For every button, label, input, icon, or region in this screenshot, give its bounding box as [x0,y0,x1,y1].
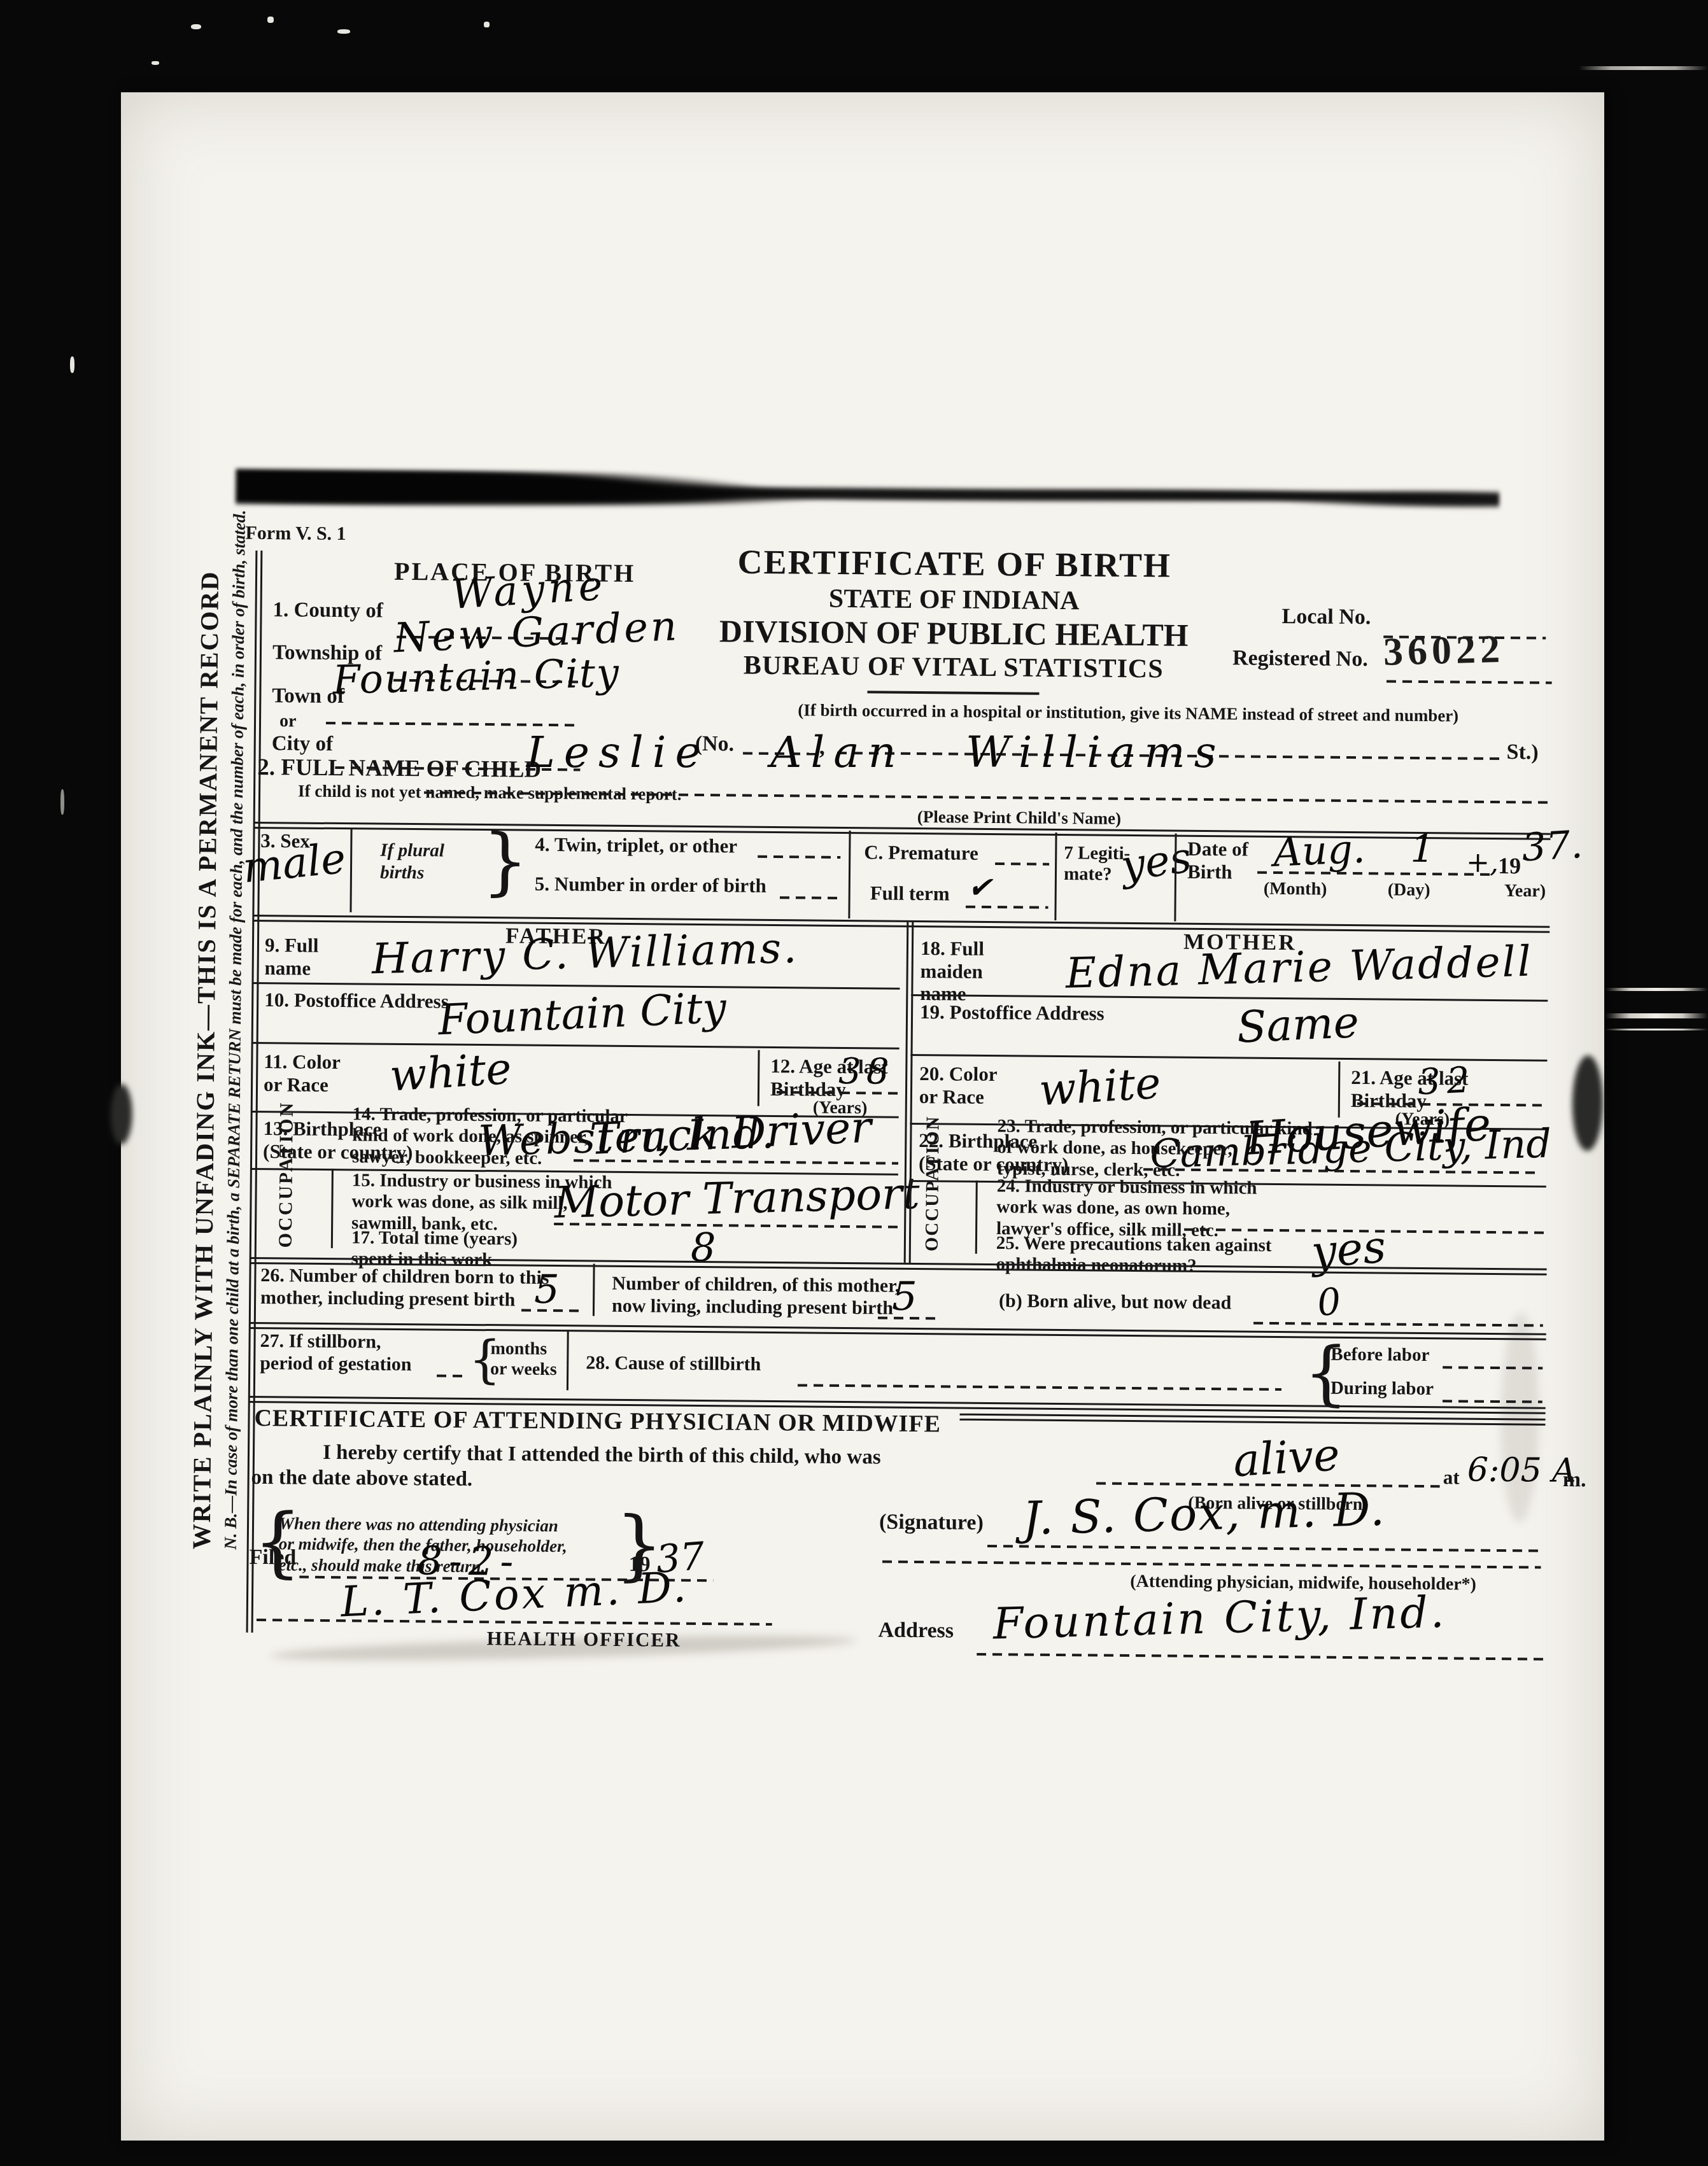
cause-line [798,1384,1281,1391]
attending-line [882,1561,1541,1569]
cause-of-stillbirth-label: 28. Cause of stillbirth [586,1353,761,1376]
mother-occupation-strip: OCCUPATION [922,1176,943,1251]
child-name-label: 2. FULL NAME OF CHILD [257,754,541,784]
film-dust-speck [484,22,490,27]
film-dust-speck [267,17,274,23]
legitimate-value: yes [1119,833,1194,890]
health-officer-line [257,1619,772,1626]
at-label: at [1443,1466,1460,1489]
signature-value: J. S. Cox, m. D. [1022,1482,1387,1545]
address-value: Fountain City, Ind. [992,1587,1447,1650]
certificate-title: CERTIFICATE OF BIRTH [719,542,1190,586]
field-line [253,1042,900,1050]
certify-text2: on the date above stated. [251,1466,473,1492]
cell-divider [593,1264,595,1316]
mother-occupation-vertical-label: OCCUPATION [922,1176,943,1251]
children-living-line [878,1317,942,1320]
film-dust-speck [191,24,201,29]
county-label: 1. County of [272,598,383,623]
fullterm-line [966,906,1048,909]
birth-order-line [780,896,840,899]
father-name-label: 9. Full name [265,934,319,980]
birth-time-value: 6:05 A [1467,1451,1576,1490]
father-trade-value: Truck Driver [589,1102,873,1165]
form-number: Form V. S. 1 [245,523,346,545]
film-dust-speck [152,61,159,65]
premature-label: C. Premature [864,841,978,864]
cell-divider [1054,833,1057,920]
cell-divider [758,1050,760,1106]
children-born-value: 5 [534,1266,560,1312]
physician-section-title: CERTIFICATE OF ATTENDING PHYSICIAN OR MI… [254,1405,941,1438]
film-scratch [1604,1029,1708,1030]
birth-order-label: 5. Number in order of birth [535,873,766,897]
father-name-value: Harry C. Williams. [371,924,799,984]
heading-rule [960,1414,1546,1426]
health-officer-label: HEALTH OFFICER [486,1627,681,1651]
torn-page-edge [236,469,1499,516]
before-labor-label: Before labor [1330,1344,1429,1367]
ink-smudge [1572,1055,1603,1151]
cell-divider [848,831,850,918]
city-label: City of [272,732,334,757]
alive-value: alive [1232,1428,1341,1487]
father-color-label: 11. Color or Race [264,1050,341,1096]
filed-label: Filed [249,1545,296,1570]
children-dead-label: (b) Born alive, but now dead [999,1290,1231,1314]
field-line [911,994,1548,1002]
sidebar-note-text: N. B.—In case of more than one child at … [220,500,250,1550]
mother-address-value: Same [1236,997,1360,1053]
town-line [326,722,581,726]
address-label: Address [878,1618,954,1643]
state-title: STATE OF INDIANA [719,582,1190,617]
sex-value: male [241,834,348,892]
fullterm-label: Full term [870,882,950,905]
cell-divider [567,1330,569,1390]
dob-year-value: 37. [1520,822,1584,871]
address-line [977,1653,1543,1661]
mother-age-value: 32 [1417,1059,1477,1103]
month-caption: (Month) [1264,879,1327,900]
film-dust-speck [70,356,74,373]
film-scratch [1604,1013,1708,1018]
field-line [253,982,900,990]
street-label: St.) [1507,740,1539,765]
child-name-value: Leslie Alan Williams [526,728,1225,778]
twin-label: 4. Twin, triplet, or other [535,833,737,857]
day-caption: (Day) [1388,880,1430,901]
cell-divider [349,828,352,912]
scanned-form: WRITE PLAINLY WITH UNFADING INK—THIS IS … [107,91,1608,2152]
town-value: Fountain City [332,649,621,703]
father-address-label: 10. Postoffice Address [264,988,449,1013]
premature-line [995,862,1049,866]
mother-color-label: 20. Color or Race [919,1062,998,1108]
signature-line [987,1545,1541,1552]
mother-address-label: 19. Postoffice Address [920,1001,1105,1025]
ink-smudge [110,1084,132,1144]
sidebar-instructions: WRITE PLAINLY WITH UNFADING INK—THIS IS … [187,499,250,1550]
father-industry-value: Motor Transport [554,1169,921,1228]
certificate-paper: WRITE PLAINLY WITH UNFADING INK—THIS IS … [121,92,1604,2141]
dob-line [1257,871,1493,876]
scanned-birth-certificate: { "form_meta": { "form_no": "Form V. S. … [0,0,1708,2166]
father-address-value: Fountain City [437,983,728,1045]
children-living-label: Number of children, of this mother, now … [612,1273,900,1319]
before-labor-line [1443,1366,1542,1369]
plural-brace: } [482,825,529,899]
year-caption: Year) [1504,881,1546,902]
certify-text: I hereby certify that I attended the bir… [323,1441,881,1470]
sidebar-warning-text: WRITE PLAINLY WITH UNFADING INK—THIS IS … [187,499,225,1549]
film-dust-speck [60,789,64,815]
children-born-line [521,1309,582,1312]
or-label: or [279,711,297,731]
supplemental-note: If child is not yet named, make suppleme… [298,782,682,805]
dob-month-value: Aug. [1273,825,1366,875]
film-scratch [1579,66,1708,70]
dob-label: Date of Birth [1187,838,1248,883]
film-scratch [1604,988,1708,991]
stillborn-label: 27. If stillborn, period of gestation [260,1330,412,1375]
cell-divider [1174,834,1176,922]
print-name-note: (Please Print Child's Name) [917,807,1121,829]
fullterm-check: ✔ [968,870,992,904]
title-rule [867,691,1039,694]
father-color-value: white [388,1044,513,1102]
hospital-note: (If birth occurred in a hospital or inst… [689,700,1567,727]
children-dead-line [1253,1322,1543,1327]
stillborn-line [437,1374,467,1377]
children-living-value: 5 [892,1273,917,1319]
bureau-title: BUREAU OF VITAL STATISTICS [718,650,1189,685]
registered-no-value: 36022 [1383,627,1505,675]
mother-name-value: Edna Marie Waddell [1065,937,1534,998]
father-occupation-vertical-label: OCCUPATION [275,1168,298,1248]
father-occupation-strip: OCCUPATION [275,1168,298,1248]
mother-industry-label: 24. Industry or business in which work w… [996,1176,1257,1242]
children-dead-value: 0 [1315,1279,1343,1325]
local-no-label: Local No. [1281,604,1371,629]
dob-19: 19 [1498,853,1521,880]
during-labor-line [1443,1400,1542,1403]
occupation-border [975,1181,978,1254]
occupation-border [331,1169,334,1248]
division-title: DIVISION OF PUBLIC HEALTH [693,613,1215,654]
registered-no-line [1387,680,1552,684]
mother-color-value: white [1038,1058,1162,1116]
film-dust-speck [337,29,350,34]
during-labor-label: During labor [1330,1378,1434,1400]
children-born-label: 26. Number of children born to this moth… [260,1265,549,1311]
signature-label: (Signature) [879,1510,984,1536]
plural-births-label: If plural births [380,840,444,884]
father-age-value: 38 [838,1051,894,1093]
registered-no-label: Registered No. [1232,645,1368,672]
twin-line [758,855,840,859]
months-weeks-label: months or weeks [490,1339,557,1380]
time-m-label: m. [1563,1467,1586,1492]
dob-day-value: 1 [1410,827,1435,871]
section-divider [253,915,1549,933]
